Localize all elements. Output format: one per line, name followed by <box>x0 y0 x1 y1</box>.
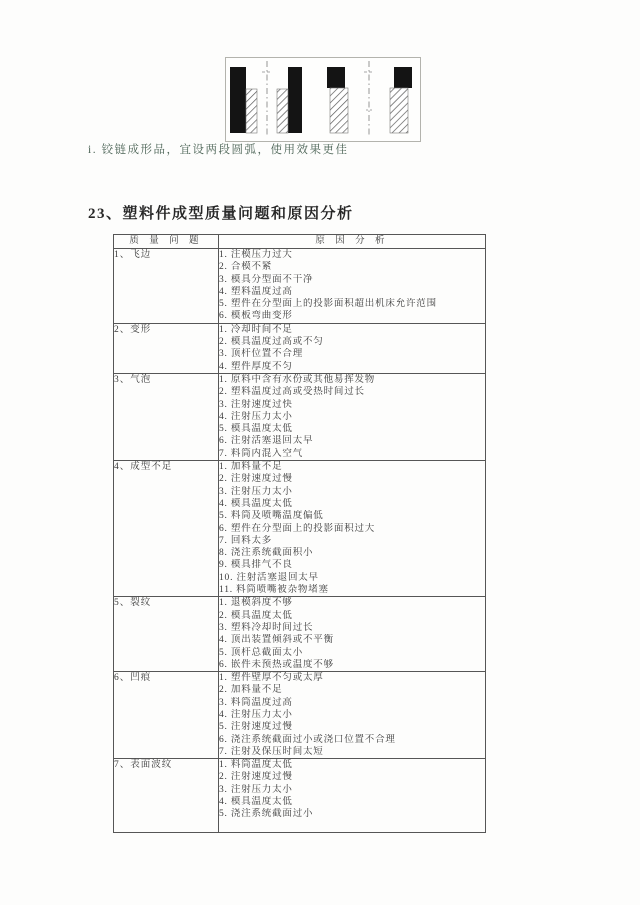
cause-line: 3. 注射压力太小 <box>219 784 485 796</box>
cause-cell: 1. 注模压力过大2. 合模不紧3. 模具分型面不干净4. 塑料温度过高5. 塑… <box>219 249 486 324</box>
table-row: 4、成型不足1. 加料量不足2. 注射速度过慢3. 注射压力太小4. 模具温度太… <box>114 461 486 597</box>
problem-cell: 1、飞边 <box>114 249 219 324</box>
figure-caption: i. 铰链成形品，宜设两段圆弧，使用效果更佳 <box>88 141 508 157</box>
cause-line: 4. 注射压力太小 <box>219 709 485 721</box>
cause-line: 9. 模具排气不良 <box>219 559 485 571</box>
cause-line: 3. 料筒温度过高 <box>219 697 485 709</box>
cause-cell: 1. 加料量不足2. 注射速度过慢3. 注射压力太小4. 模具温度太低5. 料筒… <box>219 461 486 597</box>
problem-cell: 3、气泡 <box>114 373 219 460</box>
mold-cross-section-left <box>230 61 302 137</box>
cause-line: 1. 注模压力过大 <box>219 249 485 261</box>
cause-line: 6. 嵌件未预热或温度不够 <box>219 659 485 671</box>
cause-line: 5. 注射速度过慢 <box>219 721 485 733</box>
table-row: 1、飞边1. 注模压力过大2. 合模不紧3. 模具分型面不干净4. 塑料温度过高… <box>114 249 486 324</box>
cause-line: 4. 模具温度太低 <box>219 498 485 510</box>
cause-line: 2. 注射速度过慢 <box>219 473 485 485</box>
table-row: 6、凹痕1. 塑件壁厚不匀或太厚2. 加料量不足3. 料筒温度过高4. 注射压力… <box>114 672 486 759</box>
problem-cell: 4、成型不足 <box>114 461 219 597</box>
cause-line: 1. 料筒温度太低 <box>219 759 485 771</box>
problem-cell: 2、变形 <box>114 323 219 373</box>
problem-cell: 6、凹痕 <box>114 672 219 759</box>
table-row: 5、裂纹1. 退模斜度不够2. 模具温度太低3. 塑料冷却时间过长4. 顶出装置… <box>114 597 486 672</box>
cause-line: 7. 料筒内混入空气 <box>219 448 485 460</box>
table-row: 2、变形1. 冷却时间不足2. 模具温度过高或不匀3. 顶杆位置不合理4. 塑件… <box>114 323 486 373</box>
table-header-row: 质 量 问 题 原 因 分 析 <box>114 235 486 249</box>
col-header-cause: 原 因 分 析 <box>219 235 486 249</box>
cause-cell: 1. 冷却时间不足2. 模具温度过高或不匀3. 顶杆位置不合理4. 塑件厚度不匀 <box>219 323 486 373</box>
cause-line: 7. 注射及保压时间太短 <box>219 746 485 758</box>
cause-line: 4. 塑件厚度不匀 <box>219 361 485 373</box>
quality-table: 质 量 问 题 原 因 分 析 1、飞边1. 注模压力过大2. 合模不紧3. 模… <box>113 234 486 833</box>
cause-line: 5. 浇注系统截面过小 <box>219 808 485 820</box>
cause-line: 6. 模板弯曲变形 <box>219 310 485 322</box>
cause-line: 4. 塑料温度过高 <box>219 286 485 298</box>
cause-line: 3. 注射速度过快 <box>219 399 485 411</box>
cause-line: 7. 回料太多 <box>219 535 485 547</box>
cause-line: 3. 注射压力太小 <box>219 486 485 498</box>
cause-line: 2. 合模不紧 <box>219 261 485 273</box>
col-header-problem: 质 量 问 题 <box>114 235 219 249</box>
cause-line: 2. 加料量不足 <box>219 684 485 696</box>
cause-line: 6. 注射活塞退回太早 <box>219 435 485 447</box>
section-heading: 23、塑料件成型质量问题和原因分析 <box>88 202 568 223</box>
cause-cell: 1. 退模斜度不够2. 模具温度太低3. 塑料冷却时间过长4. 顶出装置倾斜或不… <box>219 597 486 672</box>
cause-line: 11. 料筒喷嘴被杂物堵塞 <box>219 584 485 596</box>
cause-line: 2. 模具温度太低 <box>219 610 485 622</box>
cause-line: 3. 塑料冷却时间过长 <box>219 622 485 634</box>
cause-line: 5. 塑件在分型面上的投影面积超出机床允许范围 <box>219 298 485 310</box>
problem-cell: 7、表面波纹 <box>114 759 219 832</box>
cause-line: 4. 注射压力太小 <box>219 411 485 423</box>
cause-line: 1. 退模斜度不够 <box>219 597 485 609</box>
cause-line: 3. 模具分型面不干净 <box>219 274 485 286</box>
cause-line: 4. 顶出装置倾斜或不平衡 <box>219 634 485 646</box>
cause-cell: 1. 料筒温度太低2. 注射速度过慢3. 注射压力太小4. 模具温度太低5. 浇… <box>219 759 486 832</box>
cause-line: 1. 原料中含有水份或其他易挥发物 <box>219 374 485 386</box>
cause-line: 6. 浇注系统截面过小或浇口位置不合理 <box>219 734 485 746</box>
cause-line: 1. 冷却时间不足 <box>219 324 485 336</box>
cause-line: 2. 注射速度过慢 <box>219 771 485 783</box>
cause-line: 10. 注射活塞退回太早 <box>219 572 485 584</box>
cause-line: 5. 顶杆总截面太小 <box>219 647 485 659</box>
mold-cross-section-right <box>327 61 412 137</box>
cause-line: 2. 模具温度过高或不匀 <box>219 336 485 348</box>
cause-line: 5. 模具温度太低 <box>219 423 485 435</box>
document-page: i. 铰链成形品，宜设两段圆弧，使用效果更佳 23、塑料件成型质量问题和原因分析… <box>0 0 640 905</box>
cause-line: 4. 模具温度太低 <box>219 796 485 808</box>
table-row: 7、表面波纹1. 料筒温度太低2. 注射速度过慢3. 注射压力太小4. 模具温度… <box>114 759 486 832</box>
cause-line: 1. 塑件壁厚不匀或太厚 <box>219 672 485 684</box>
hinge-mold-figure <box>225 57 421 142</box>
mold-cross-section-diagrams <box>226 58 420 141</box>
cause-line: 3. 顶杆位置不合理 <box>219 348 485 360</box>
problem-cell: 5、裂纹 <box>114 597 219 672</box>
cause-line: 6. 塑件在分型面上的投影面积过大 <box>219 523 485 535</box>
cause-line: 1. 加料量不足 <box>219 461 485 473</box>
cause-cell: 1. 原料中含有水份或其他易挥发物2. 塑料温度过高或受热时间过长3. 注射速度… <box>219 373 486 460</box>
cause-line: 5. 料筒及喷嘴温度偏低 <box>219 510 485 522</box>
cause-line: 2. 塑料温度过高或受热时间过长 <box>219 386 485 398</box>
cause-cell: 1. 塑件壁厚不匀或太厚2. 加料量不足3. 料筒温度过高4. 注射压力太小5.… <box>219 672 486 759</box>
table-row: 3、气泡1. 原料中含有水份或其他易挥发物2. 塑料温度过高或受热时间过长3. … <box>114 373 486 460</box>
cause-line: 8. 浇注系统截面积小 <box>219 547 485 559</box>
